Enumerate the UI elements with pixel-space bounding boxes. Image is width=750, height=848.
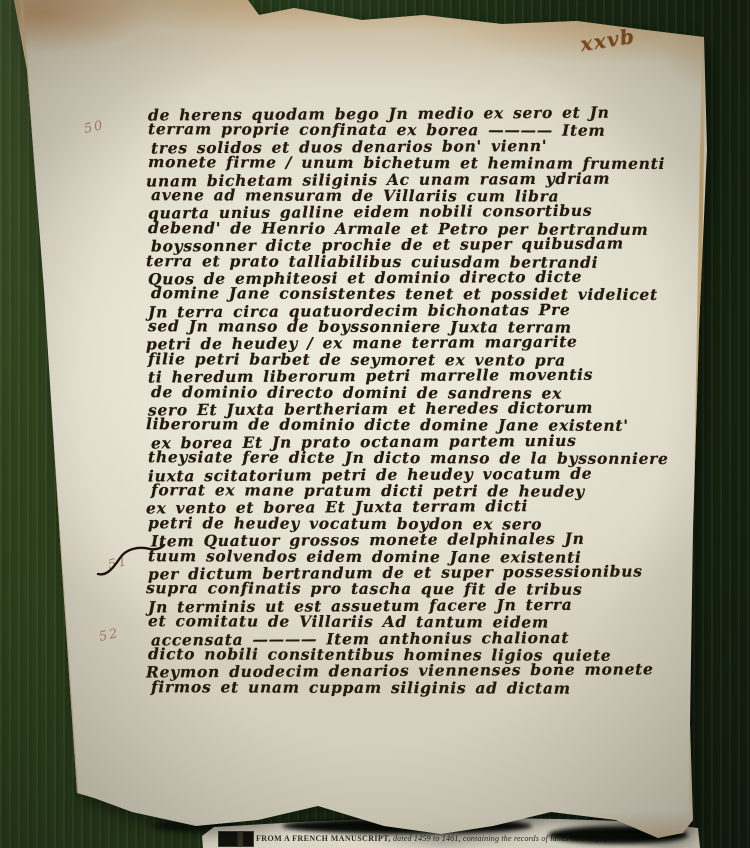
age-stain-top: [0, 0, 750, 110]
manuscript-text-block: de herens quodam bego Jn medio ex sero e…: [148, 106, 626, 696]
folio-mark: xxvb: [578, 24, 637, 56]
margin-number-50: 50: [83, 118, 106, 137]
age-stain-bottom: [0, 760, 750, 848]
margin-number-52: 52: [98, 626, 121, 645]
page-right-edge: [688, 36, 706, 831]
manuscript-page-wrapper: xxvb 50 51 52 de herens quodam bego Jn m…: [0, 0, 750, 848]
page-left-edge: [20, 0, 79, 803]
manuscript-page: xxvb 50 51 52 de herens quodam bego Jn m…: [0, 0, 750, 848]
margin-number-51: 51: [107, 554, 130, 573]
manuscript-photo: FROM A FRENCH MANUSCRIPT, dated 1459 to …: [0, 0, 750, 848]
manuscript-line: firmos et unam cuppam siliginis ad dicta…: [151, 679, 626, 697]
